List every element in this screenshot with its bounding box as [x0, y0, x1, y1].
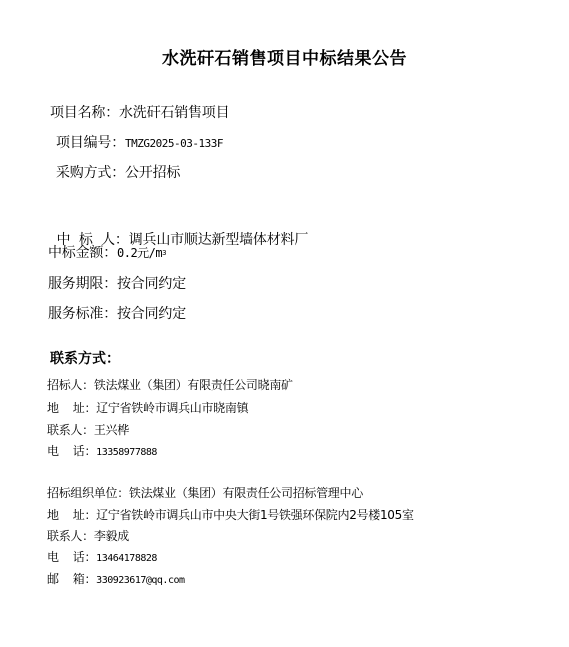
agency-email-row: 邮 箱：330923617@qq.com	[47, 571, 185, 589]
tenderer-phone-value: 13358977888	[96, 447, 157, 458]
tenderer-contact-value: 王兴桦	[94, 423, 129, 437]
tenderer-address-row: 地 址：辽宁省铁岭市调兵山市晓南镇	[47, 400, 248, 416]
procurement-method-value: 公开招标	[125, 165, 180, 181]
agency-contact-row: 联系人：李毅成	[47, 528, 129, 544]
project-number-label: 项目编号：	[56, 135, 125, 151]
agency-contact-value: 李毅成	[94, 529, 129, 543]
agency-phone-label: 电 话：	[47, 550, 96, 564]
page-title: 水洗矸石销售项目中标结果公告	[0, 48, 569, 70]
project-name-row: 项目名称：水洗矸石销售项目	[50, 104, 229, 122]
tenderer-phone-label: 电 话：	[47, 444, 96, 458]
tenderer-row: 招标人：铁法煤业（集团）有限责任公司晓南矿	[47, 377, 293, 393]
agency-address-value: 辽宁省铁岭市调兵山市中央大街1号铁强环保院内2号楼105室	[96, 508, 413, 522]
tenderer-value: 铁法煤业（集团）有限责任公司晓南矿	[94, 378, 293, 392]
service-period-label: 服务期限：	[48, 276, 117, 292]
project-number-value: TMZG2025-03-133F	[125, 137, 223, 150]
tenderer-address-label: 地 址：	[47, 401, 96, 415]
award-amount-row: 中标金额：0.2元/m3	[48, 244, 166, 262]
service-standard-row: 服务标准：按合同约定	[48, 305, 186, 323]
tenderer-label: 招标人：	[47, 378, 94, 392]
tenderer-contact-label: 联系人：	[47, 423, 94, 437]
procurement-method-row: 采购方式：公开招标	[56, 164, 180, 182]
procurement-method-label: 采购方式：	[56, 165, 125, 181]
agency-address-row: 地 址：辽宁省铁岭市调兵山市中央大街1号铁强环保院内2号楼105室	[47, 507, 414, 523]
award-amount-label: 中标金额：	[48, 245, 117, 261]
agency-row: 招标组织单位：铁法煤业（集团）有限责任公司招标管理中心	[47, 485, 363, 501]
agency-phone-row: 电 话：13464178828	[47, 549, 157, 567]
project-name-value: 水洗矸石销售项目	[119, 105, 229, 121]
agency-email-value[interactable]: 330923617@qq.com	[96, 575, 184, 586]
agency-contact-label: 联系人：	[47, 529, 94, 543]
project-number-row: 项目编号：TMZG2025-03-133F	[56, 134, 223, 153]
service-standard-label: 服务标准：	[48, 306, 117, 322]
agency-address-label: 地 址：	[47, 508, 96, 522]
tenderer-address-value: 辽宁省铁岭市调兵山市晓南镇	[96, 401, 248, 415]
award-amount-unit-sup: 3	[162, 249, 166, 257]
agency-label: 招标组织单位：	[47, 486, 129, 500]
award-amount-value: 0.2元/m	[117, 246, 162, 260]
agency-value: 铁法煤业（集团）有限责任公司招标管理中心	[129, 486, 363, 500]
contact-heading: 联系方式：	[50, 350, 120, 368]
agency-email-label: 邮 箱：	[47, 572, 96, 586]
service-period-value: 按合同约定	[117, 276, 186, 292]
service-period-row: 服务期限：按合同约定	[48, 275, 186, 293]
tenderer-phone-row: 电 话：13358977888	[47, 443, 157, 461]
service-standard-value: 按合同约定	[117, 306, 186, 322]
agency-phone-value: 13464178828	[96, 553, 157, 564]
tenderer-contact-row: 联系人：王兴桦	[47, 422, 129, 438]
project-name-label: 项目名称：	[50, 105, 119, 121]
